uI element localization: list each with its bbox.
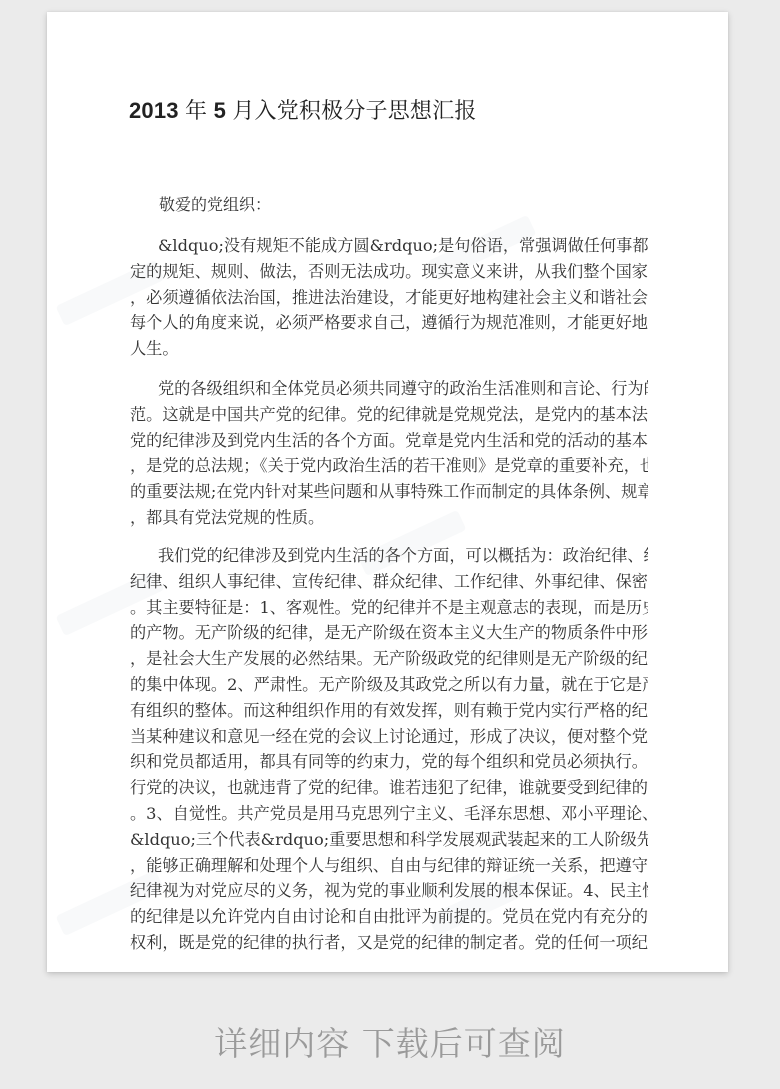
title-month: 5: [214, 98, 226, 123]
text-line: 当某种建议和意见一经在党的会议上讨论通过，形成了决议，便对整个党的组: [130, 724, 648, 750]
text-line: 范。这就是中国共产党的纪律。党的纪律就是党规党法，是党内的基本法规。: [130, 402, 648, 428]
text-line: ，能够正确理解和处理个人与组织、自由与纪律的辩证统一关系，把遵守党的: [130, 853, 648, 879]
paragraph-3: 我们党的纪律涉及到党内生活的各个方面，可以概括为：政治纪律、经济 纪律、组织人事…: [130, 543, 648, 956]
text-line: 纪律视为对党应尽的义务，视为党的事业顺利发展的根本保证。4、民主性。党: [130, 878, 648, 904]
text-line: ，都具有党法党规的性质。: [130, 505, 648, 531]
text-line: 的产物。无产阶级的纪律，是无产阶级在资本主义大生产的物质条件中形成的: [130, 620, 648, 646]
text-line: 纪律、组织人事纪律、宣传纪律、群众纪律、工作纪律、外事纪律、保密纪律: [130, 569, 648, 595]
text-line: 有组织的整体。而这种组织作用的有效发挥，则有赖于党内实行严格的纪律。: [130, 698, 648, 724]
text-line: 的重要法规;在党内针对某些问题和从事特殊工作而制定的具体条例、规章制度: [130, 479, 648, 505]
text-line: &ldquo;没有规矩不能成方圆&rdquo;是句俗语，常强调做任何事都要有一: [130, 233, 648, 259]
text-line: &ldquo;三个代表&rdquo;重要思想和科学发展观武装起来的工人阶级先进分…: [130, 827, 648, 853]
paragraph-1: &ldquo;没有规矩不能成方圆&rdquo;是句俗语，常强调做任何事都要有一 …: [130, 233, 648, 362]
download-to-view-notice[interactable]: 详细内容 下载后可查阅: [0, 1018, 780, 1065]
salutation: 敬爱的党组织：: [159, 192, 271, 215]
document-page: 2013 年 5 月入党积极分子思想汇报 敬爱的党组织： &ldquo;没有规矩…: [47, 12, 728, 972]
text-line: 。3、自觉性。共产党员是用马克思列宁主义、毛泽东思想、邓小平理论、: [130, 801, 648, 827]
title-year: 2013: [129, 98, 179, 123]
text-line: 定的规矩、规则、做法，否则无法成功。现实意义来讲，从我们整个国家来说: [130, 259, 648, 285]
paragraph-2: 党的各级组织和全体党员必须共同遵守的政治生活准则和言论、行为的规 范。这就是中国…: [130, 376, 648, 531]
title-rest: 月入党积极分子思想汇报: [226, 98, 477, 123]
text-line: 的集中体现。2、严肃性。无产阶级及其政党之所以有力量，就在于它是严密的: [130, 672, 648, 698]
text-line: 我们党的纪律涉及到党内生活的各个方面，可以概括为：政治纪律、经济: [130, 543, 648, 569]
text-line: 的纪律是以允许党内自由讨论和自由批评为前提的。党员在党内有充分的民主: [130, 904, 648, 930]
text-line: 权利，既是党的纪律的执行者，又是党的纪律的制定者。党的任何一项纪律都: [130, 930, 648, 956]
text-line: 。其主要特征是：1、客观性。党的纪律并不是主观意志的表现，而是历史发展: [130, 595, 648, 621]
title-year-unit: 年: [179, 98, 214, 123]
text-line: 行党的决议，也就违背了党的纪律。谁若违犯了纪律，谁就要受到纪律的制裁: [130, 775, 648, 801]
text-line: ，是社会大生产发展的必然结果。无产阶级政党的纪律则是无产阶级的纪律性: [130, 646, 648, 672]
text-line: 人生。: [130, 336, 648, 362]
text-line: ，必须遵循依法治国，推进法治建设，才能更好地构建社会主义和谐社会，从: [130, 285, 648, 311]
text-line: 织和党员都适用，都具有同等的约束力，党的每个组织和党员必须执行。不执: [130, 749, 648, 775]
text-line: 党的纪律涉及到党内生活的各个方面。党章是党内生活和党的活动的基本原则: [130, 428, 648, 454]
document-title: 2013 年 5 月入党积极分子思想汇报: [129, 94, 477, 125]
text-line: 每个人的角度来说，必须严格要求自己，遵循行为规范准则，才能更好地塑造: [130, 310, 648, 336]
text-line: 党的各级组织和全体党员必须共同遵守的政治生活准则和言论、行为的规: [130, 376, 648, 402]
text-line: ，是党的总法规；《关于党内政治生活的若干准则》是党章的重要补充，也是党: [130, 453, 648, 479]
